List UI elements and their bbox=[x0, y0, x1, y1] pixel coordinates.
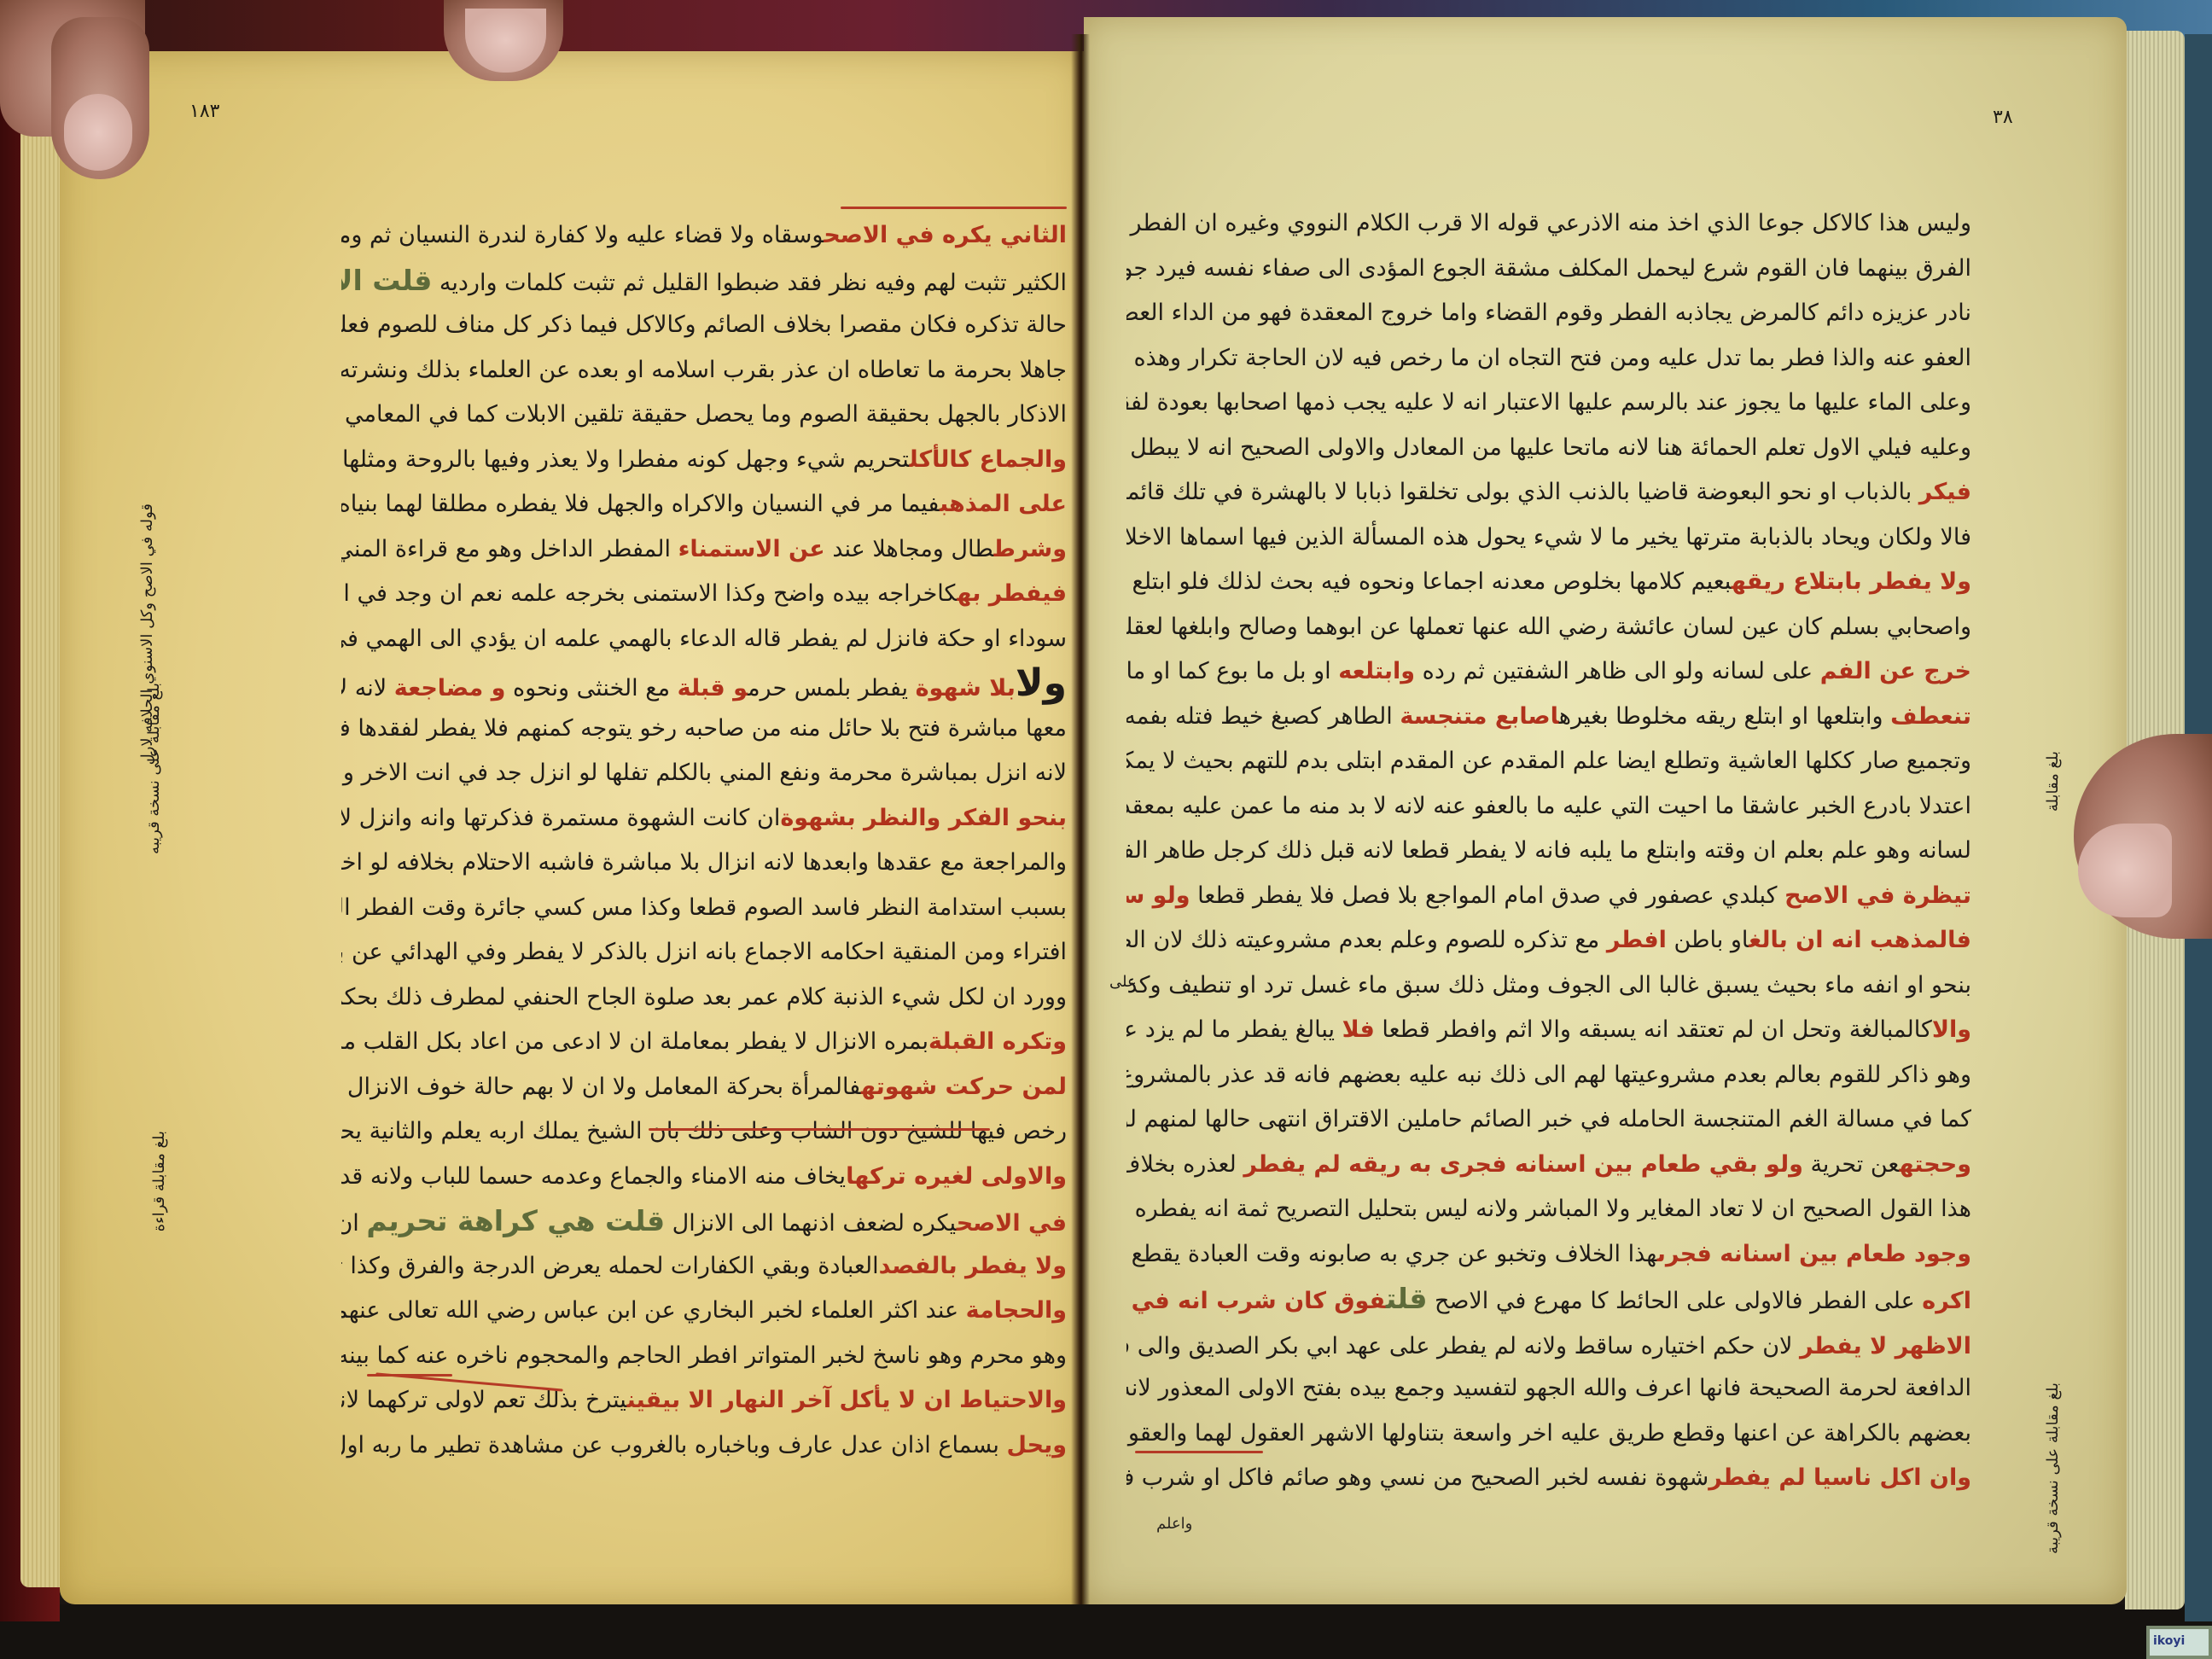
rubric-text: اكره bbox=[1922, 1288, 1971, 1314]
body-text: اعتدلا بادرع الخبر عاشقا ما احيت التي عل… bbox=[1126, 793, 1971, 819]
left-page-text-block: الثاني يكره في الاصحوسقاه ولا قضاء عليه … bbox=[341, 213, 1067, 1468]
body-text: خوف الانزال كالعادة غيرهما على الصحيح وس… bbox=[341, 1074, 467, 1100]
body-text: او بل ما بوع كما او ماء bbox=[1126, 658, 1338, 684]
margin-note: بلغ مقابلة bbox=[2044, 751, 2062, 812]
manuscript-line: افتراء ومن المنقية احكامه الاجماع بانه ا… bbox=[341, 930, 1067, 975]
body-text: يكره لضعف اذنهما الى الانزال bbox=[665, 1210, 957, 1237]
rubric-text: بنحو الفكر والنظر بشهوة bbox=[780, 805, 1067, 831]
body-text: وورد ان لكل شيء الذنبة كلام عمر بعد صلوة… bbox=[341, 984, 1067, 1010]
body-text: افتراء ومن المنقية احكامه الاجماع بانه ا… bbox=[341, 939, 1067, 965]
body-text: حالة تذكره فكان مقصرا بخلاف الصائم وكالا… bbox=[341, 311, 1067, 338]
margin-note: بلغ مقابلة على نسخة قريبه bbox=[145, 683, 163, 854]
body-text: هذا الخلاف وتخبو عن جري به صابونه وقت ال… bbox=[1126, 1241, 1657, 1267]
body-text: لان الصائم منهي عن المبالغة كما مر ونحو … bbox=[1126, 927, 1184, 953]
body-text: وهو مع قراءة المني بغير الجماع حرام كان … bbox=[341, 536, 522, 562]
manuscript-line: وورد ان لكل شيء الذنبة كلام عمر بعد صلوة… bbox=[341, 975, 1067, 1021]
manuscript-line: والاكالمبالغة وتحل ان لم تعتقد انه يسبقه… bbox=[1126, 1008, 1971, 1053]
body-text: او باطن bbox=[1667, 927, 1749, 953]
body-text: يترخ بذلك تعم لاولى تركهما لانهما يضعفان… bbox=[341, 1387, 626, 1413]
book-gutter bbox=[1071, 34, 1090, 1604]
manuscript-line: والاولى لغيره تركهايخاف منه الامناء والج… bbox=[341, 1155, 1067, 1200]
manuscript-line: لسانه وهو علم بعلم ان وقته وابتلع ما يلب… bbox=[1126, 829, 1971, 874]
manuscript-line: فالمذهب انه ان بالغاو باطن افطر مع تذكره… bbox=[1126, 918, 1971, 963]
body-text: بنحو او انفه ماء بحيث يسبق غالبا الى الج… bbox=[1126, 972, 1971, 998]
body-text: عن تحرية bbox=[1803, 1151, 1900, 1178]
body-text: نادر عزيزه دائم كالمرض يجاذبه الفطر وقوم… bbox=[1126, 300, 1971, 326]
body-text: ان كان القوم فرضا bbox=[341, 1210, 366, 1237]
rubric-overline bbox=[1135, 1451, 1263, 1453]
manuscript-line: الفرق بينهما فان القوم شرع ليحمل المكلف … bbox=[1126, 247, 1971, 292]
rubric-text: و مضاجعة bbox=[394, 675, 506, 701]
manuscript-line: كما في مسالة الغم المتنجسة الحامله في خب… bbox=[1126, 1097, 1971, 1143]
rubric-text: و قبلة bbox=[678, 675, 748, 701]
body-text: يعلم والثانية يحصم التعليل ان النهي عن ت… bbox=[341, 1118, 481, 1144]
manuscript-line: وتكره القبلةبمره الانزال لا يفطر بمعاملة… bbox=[341, 1020, 1067, 1065]
body-text: على الفطر فالاولى على الحائط كا مهرع في … bbox=[1427, 1288, 1922, 1314]
manuscript-line: بعضهم بالكراهة عن اعنها وقطع طريق عليه ا… bbox=[1126, 1412, 1971, 1457]
body-text: يخاف منه الامناء والجماع وعدمه bbox=[533, 1163, 846, 1190]
manuscript-line: بنحو او انفه ماء بحيث يسبق غالبا الى الج… bbox=[1126, 963, 1971, 1009]
manuscript-line: اكره على الفطر فالاولى على الحائط كا مهر… bbox=[1126, 1277, 1971, 1322]
rubric-text: فيفطر به bbox=[957, 580, 1067, 607]
rubric-text: فالمذهب انه ان بالغ bbox=[1749, 927, 1971, 953]
body-text: بعيم كلامها bbox=[1621, 568, 1732, 595]
body-text: فلا يفطره مطلقا لهما بنياه على الاصح انه… bbox=[341, 491, 589, 517]
thumbnail bbox=[2078, 824, 2172, 917]
rubric-text: وجود طعام بين اسنانه فجرى bbox=[1657, 1241, 1971, 1267]
margin-note: بلغ مقابلة على نسخة قريبة bbox=[2044, 1382, 2062, 1554]
margin-note: على bbox=[1109, 973, 1137, 991]
body-text: كاخراجه بيده bbox=[825, 580, 958, 607]
thumbnail bbox=[64, 94, 132, 171]
rubric-text: والجماع كالأكل bbox=[909, 446, 1067, 473]
background-table-bottom bbox=[0, 1604, 2212, 1659]
body-text: طال ومجاهلا عند bbox=[825, 536, 994, 562]
body-text: وسقاه ولا قضاء عليه ولا كفارة bbox=[527, 222, 824, 248]
manuscript-line: وان اكل ناسيا لم يفطرشهوة نفسه لخبر الصح… bbox=[1126, 1456, 1971, 1501]
body-text: لعذره بخلاف ما اذا سبقه المتالي الحامل ل… bbox=[1126, 1151, 1243, 1178]
rubric-text: الثاني يكره في الاصح bbox=[824, 222, 1067, 248]
rubric-text: وان اكل ناسيا لم يفطر bbox=[1708, 1464, 1971, 1491]
rubric-overline bbox=[841, 207, 1067, 209]
manuscript-line: وشرططال ومجاهلا عند عن الاستمناء المفطر … bbox=[341, 527, 1067, 573]
manuscript-line: الكثير تثبت لهم وفيه نظر فقد ضبطوا القلي… bbox=[341, 259, 1067, 304]
body-text: وعليه فيلي الاول تعلم الحمائة هنا لانه م… bbox=[1126, 434, 1971, 461]
manuscript-line: اعتدلا بادرع الخبر عاشقا ما احيت التي عل… bbox=[1126, 784, 1971, 829]
body-text: بسماع اذان عدل عارف وباخباره بالغروب عن … bbox=[341, 1432, 1007, 1458]
body-text: لانه انزل بمباشرة محرمة ونفع المني بالكل… bbox=[341, 760, 1067, 786]
manuscript-line: ولابلا شهوة يفطر بلمس حرمو قبلة مع الخنث… bbox=[341, 661, 1067, 707]
body-text: بمره الانزال لا يفطر بمعاملة ان لا ادعى … bbox=[341, 1028, 928, 1055]
body-text: الاذكار بالجهل بحقيقة الصوم وما يحصل حقي… bbox=[341, 401, 1067, 428]
manuscript-line: فيفطر بهكاخراجه بيده واضح وكذا الاستمنى … bbox=[341, 572, 1067, 617]
rubric-text: فلا bbox=[1342, 1016, 1375, 1043]
body-text: رخص فيها للشيخ دون الشاب وعلى ذلك بان ال… bbox=[481, 1118, 1067, 1144]
manuscript-line: الاذكار بالجهل بحقيقة الصوم وما يحصل حقي… bbox=[341, 393, 1067, 438]
rubric-text: تنعطف bbox=[1890, 703, 1971, 730]
rubric-text: فيكر bbox=[1919, 479, 1971, 505]
manuscript-line: وعليه فيلي الاول تعلم الحمائة هنا لانه م… bbox=[1126, 426, 1971, 471]
rubric-text: ولو بقي طعام بين اسنانه فجرى به ريقه لم … bbox=[1243, 1151, 1803, 1178]
rubric-text: لمن حركت شهوته bbox=[861, 1074, 1067, 1100]
rubric-text: اصابع متنجسة bbox=[1400, 703, 1558, 730]
manuscript-line: وجود طعام بين اسنانه فجرىهذا الخلاف وتخب… bbox=[1126, 1232, 1971, 1278]
manuscript-line: في الاصحيكره لضعف اذنهما الى الانزال قلت… bbox=[341, 1199, 1067, 1244]
body-text: ولا bbox=[1016, 661, 1067, 705]
body-text: يبالغ bbox=[1288, 1016, 1342, 1043]
body-text: جاهلا بحرمة ما تعاطاه ان عذر بقرب اسلامه… bbox=[341, 357, 1067, 383]
body-text: وليس هذا كالاكل جوعا الذي اخذ منه الاذرع… bbox=[1126, 210, 1971, 236]
manuscript-line: والحجامة عند اكثر العلماء لخبر البخاري ع… bbox=[341, 1289, 1067, 1334]
manuscript-line: الدافعة لحرمة الصحيحة فانها اعرف والله ا… bbox=[1126, 1366, 1971, 1412]
body-text: هذا القول الصحيح ان لا تعاد المغاير ولا … bbox=[1126, 1196, 1971, 1222]
rubric-text: في الاصح bbox=[957, 1210, 1067, 1237]
right-folio-number: ٣٨ bbox=[1993, 107, 2013, 128]
rubric-text: وشرط bbox=[993, 536, 1067, 562]
body-text: وهو محرم وهو ناسخ لخبر المتواتر افطر الح… bbox=[341, 1342, 1067, 1369]
manuscript-line: وهو محرم وهو ناسخ لخبر المتواتر افطر الح… bbox=[341, 1334, 1067, 1379]
rubric-text: وتكره القبلة bbox=[928, 1028, 1067, 1055]
body-text: لسانه وهو علم بعلم ان وقته وابتلع ما يلب… bbox=[1126, 837, 1971, 864]
rubric-text: والاحتياط ان لا يأكل آخر النهار الا بيقي… bbox=[626, 1387, 1067, 1413]
manuscript-line: الاظهر لا يفطر لان حكم اختياره ساقط ولان… bbox=[1126, 1322, 1971, 1367]
body-text: على لسانه ولو الى ظاهر الشفتين ثم رده bbox=[1415, 658, 1820, 684]
manuscript-line: ويحل بسماع اذان عدل عارف وباخباره بالغرو… bbox=[341, 1423, 1067, 1469]
body-text: العبادة وبقي الكفارات لحمله يعرض الدرجة … bbox=[341, 1253, 879, 1279]
body-text: والمراجعة مع عقدها وابعدها لانه انزال بل… bbox=[341, 849, 1067, 876]
body-text: مع تذكره للصوم وعلم بعدم مشروعيته ذلك bbox=[1184, 927, 1607, 953]
body-text: العفو عنه والذا فطر بما تدل عليه ومن فتح… bbox=[1126, 345, 1971, 371]
rubric-text: افطر bbox=[1607, 927, 1667, 953]
green-rubric-text: قلت هي كراهة تحريم bbox=[366, 1204, 665, 1237]
rubric-text: عن الاستمناء bbox=[678, 536, 825, 562]
body-text: واضح وكذا الاستمنى بخرجه علمه نعم ان وجد… bbox=[341, 580, 825, 607]
body-text: لندرة النسيان ثم ومن تم ابطل الكلام الكث… bbox=[341, 222, 527, 248]
body-text: الطاهر كصبغ خيط فتله بفمه او bbox=[1126, 703, 1400, 730]
manuscript-line: خرج عن الفم على لسانه ولو الى ظاهر الشفت… bbox=[1126, 649, 1971, 695]
body-text: مع الخنثى ونحوه bbox=[505, 675, 677, 701]
manuscript-line: وليس هذا كالاكل جوعا الذي اخذ منه الاذرع… bbox=[1126, 201, 1971, 247]
manuscript-line: نادر عزيزه دائم كالمرض يجاذبه الفطر وقوم… bbox=[1126, 291, 1971, 336]
body-text: ان كانت الشهوة مستمرة فذكرتها وانه وانزل… bbox=[341, 805, 780, 831]
body-text: الفرق بينهما فان القوم شرع ليحمل المكلف … bbox=[1126, 255, 1971, 282]
rubric-text: ولو سبق ماء المضمضة اوالاستنشاق الى جوف bbox=[1126, 882, 1190, 909]
rubric-text: بلا شهوة bbox=[916, 675, 1016, 701]
manuscript-line: بسبب استدامة النظر فاسد الصوم قطعا وكذا … bbox=[341, 886, 1067, 931]
body-text: الدافعة لحرمة الصحيحة فانها اعرف والله ا… bbox=[1126, 1375, 1971, 1401]
rubric-text: ولا يفطر بابتلاع ريقه bbox=[1732, 568, 1971, 595]
rubric-text: وابتلعه bbox=[1338, 658, 1415, 684]
body-text: كبلدي عصفور في صدق امام المواجع بلا فصل … bbox=[1190, 882, 1785, 909]
archive-label: ikoyi bbox=[2146, 1626, 2212, 1659]
body-text: حسما للباب ولانه قد تحرك ولان الصائم ينب… bbox=[341, 1163, 533, 1190]
manuscript-line: العفو عنه والذا فطر بما تدل عليه ومن فتح… bbox=[1126, 336, 1971, 381]
manuscript-line: حالة تذكره فكان مقصرا بخلاف الصائم وكالا… bbox=[341, 303, 1067, 348]
body-text: لخبر الصحيح من نسي وهو صائم فاكل او شرب … bbox=[1126, 1464, 1589, 1491]
green-rubric-text: قلت bbox=[1386, 1282, 1428, 1315]
body-text: فيما مر في النسيان والاكراه والجهل bbox=[589, 491, 940, 517]
body-text: بعضهم بالكراهة عن اعنها وقطع طريق عليه ا… bbox=[1126, 1420, 1971, 1447]
rubric-text: على المذهب bbox=[940, 491, 1067, 517]
body-text: لانه لا شهوة الا بلمس bbox=[341, 675, 394, 701]
body-text: بالذباب او نحو البعوضة قاضيا بالذنب الذي… bbox=[1126, 479, 1919, 505]
body-text: بسبب استدامة النظر فاسد الصوم قطعا وكذا … bbox=[341, 894, 1067, 921]
rubric-text: والحجامة bbox=[966, 1297, 1067, 1324]
body-text: وابتلعها او ابتلع ريقه مخلوطا بغيره bbox=[1559, 703, 1890, 730]
catchword: واعلم bbox=[1156, 1515, 1192, 1533]
manuscript-line: ولا يفطر بابتلاع ريقهبعيم كلامها بخلوص م… bbox=[1126, 560, 1971, 605]
body-text: يفطر ما لم يزد على الثلث وغيرها مرة فلذل… bbox=[1126, 1016, 1288, 1043]
rubric-text: والاولى لغيره تركها bbox=[846, 1163, 1067, 1190]
body-text: يفطر بلمس حرم bbox=[748, 675, 916, 701]
body-text: فالا ولكان ويحاد بالذبابة مترتها يخير ما… bbox=[1126, 524, 1971, 550]
rubric-text: ويحل bbox=[1007, 1432, 1067, 1458]
green-rubric-text: قلت الاصح لا يفطر والله اعلم bbox=[341, 264, 432, 297]
manuscript-line: سوداء او حكة فانزل لم يفطر قاله الدعاء ب… bbox=[341, 617, 1067, 662]
manuscript-line: معها مباشرة فتح بلا حائل منه من صاحبه رخ… bbox=[341, 707, 1067, 752]
manuscript-line: رخص فيها للشيخ دون الشاب وعلى ذلك بان ال… bbox=[341, 1109, 1067, 1155]
rubric-overline bbox=[649, 1128, 990, 1131]
manuscript-line: تنعطف وابتلعها او ابتلع ريقه مخلوطا بغير… bbox=[1126, 695, 1971, 740]
manuscript-line: وتجميع صار ككلها العاشية وتطلع ايضا علم … bbox=[1126, 739, 1971, 784]
manuscript-line: لانه انزل بمباشرة محرمة ونفع المني بالكل… bbox=[341, 751, 1067, 796]
manuscript-line: فالا ولكان ويحاد بالذبابة مترتها يخير ما… bbox=[1126, 515, 1971, 561]
rubric-text: خرج عن الفم bbox=[1820, 658, 1971, 684]
manuscript-line: وعلى الماء عليها ما يجوز عند بالرسم عليه… bbox=[1126, 381, 1971, 426]
manuscript-line: فيكر بالذباب او نحو البعوضة قاضيا بالذنب… bbox=[1126, 470, 1971, 515]
manuscript-line: واصحابي بسلم كان عين لسان عائشة رضي الله… bbox=[1126, 605, 1971, 650]
rubric-text: والا bbox=[1932, 1016, 1971, 1043]
manuscript-line: ولا يفطر بالفصدالعبادة وبقي الكفارات لحم… bbox=[341, 1244, 1067, 1289]
body-text: وهو ذاكر للقوم بعالم بعدم مشروعيتها لهم … bbox=[1126, 1062, 1971, 1088]
body-text: معها مباشرة فتح بلا حائل منه من صاحبه رخ… bbox=[341, 715, 1067, 742]
left-folio-number: ١٨٣ bbox=[189, 101, 219, 122]
manuscript-line: الثاني يكره في الاصحوسقاه ولا قضاء عليه … bbox=[341, 213, 1067, 259]
manuscript-line: والجماع كالأكلتحريم شيء وجهل كونه مفطرا … bbox=[341, 438, 1067, 483]
body-text: فالمرأة بحركة المعامل ولا ان لا بهم حالة bbox=[467, 1074, 861, 1100]
manuscript-line: لمن حركت شهوتهفالمرأة بحركة المعامل ولا … bbox=[341, 1065, 1067, 1110]
body-text: واصحابي بسلم كان عين لسان عائشة رضي الله… bbox=[1126, 614, 1971, 640]
body-text: وعلى الماء عليها ما يجوز عند بالرسم عليه… bbox=[1126, 389, 1971, 416]
manuscript-line: بنحو الفكر والنظر بشهوةان كانت الشهوة مس… bbox=[341, 796, 1067, 841]
body-text: كما في مسالة الغم المتنجسة الحامله في خب… bbox=[1126, 1106, 1971, 1132]
rubric-text: تيظرة في الاصح bbox=[1784, 882, 1971, 909]
rubric-text: ولا يفطر بالفصد bbox=[879, 1253, 1067, 1279]
body-text: شهوة نفسه bbox=[1589, 1464, 1708, 1491]
body-text: بخلوص معدنه اجماعا ونحوه فيه بحث لذلك فل… bbox=[1126, 568, 1621, 595]
body-text: تحريم شيء وجهل كونه مفطرا ولا يعذر وفيها… bbox=[341, 446, 909, 473]
manuscript-line: على المذهبفيما مر في النسيان والاكراه وا… bbox=[341, 482, 1067, 527]
body-text: لان حكم اختياره ساقط ولانه لم يفطر على ع… bbox=[1126, 1333, 1800, 1359]
body-text: كالمبالغة وتحل ان لم تعتقد انه يسبقه وال… bbox=[1375, 1016, 1932, 1043]
body-text: عند اكثر العلماء لخبر البخاري عن ابن عبا… bbox=[341, 1297, 966, 1324]
rubric-text: وحجته bbox=[1899, 1151, 1971, 1178]
body-text: المفطر الداخل bbox=[522, 536, 678, 562]
rubric-text: فوق كان شرب انه في الامير bbox=[1126, 1288, 1386, 1314]
manuscript-line: تيظرة في الاصح كبلدي عصفور في صدق امام ا… bbox=[1126, 874, 1971, 919]
manuscript-line: هذا القول الصحيح ان لا تعاد المغاير ولا … bbox=[1126, 1187, 1971, 1232]
body-text: سوداء او حكة فانزل لم يفطر قاله الدعاء ب… bbox=[341, 626, 1067, 652]
right-page-text-block: وليس هذا كالاكل جوعا الذي اخذ منه الاذرع… bbox=[1126, 201, 1971, 1501]
manuscript-line: والمراجعة مع عقدها وابعدها لانه انزال بل… bbox=[341, 841, 1067, 886]
body-text: وتجميع صار ككلها العاشية وتطلع ايضا علم … bbox=[1126, 748, 1971, 774]
manuscript-line: وحجتهعن تحرية ولو بقي طعام بين اسنانه فج… bbox=[1126, 1143, 1971, 1188]
rubric-text: الاظهر لا يفطر bbox=[1800, 1333, 1971, 1359]
manuscript-line: وهو ذاكر للقوم بعالم بعدم مشروعيتها لهم … bbox=[1126, 1053, 1971, 1098]
manuscript-line: والاحتياط ان لا يأكل آخر النهار الا بيقي… bbox=[341, 1378, 1067, 1423]
manuscript-line: جاهلا بحرمة ما تعاطاه ان عذر بقرب اسلامه… bbox=[341, 348, 1067, 393]
body-text: الكثير تثبت لهم وفيه نظر فقد ضبطوا القلي… bbox=[432, 270, 1067, 296]
margin-note: بلغ مقابلة قراءة bbox=[150, 1131, 168, 1231]
